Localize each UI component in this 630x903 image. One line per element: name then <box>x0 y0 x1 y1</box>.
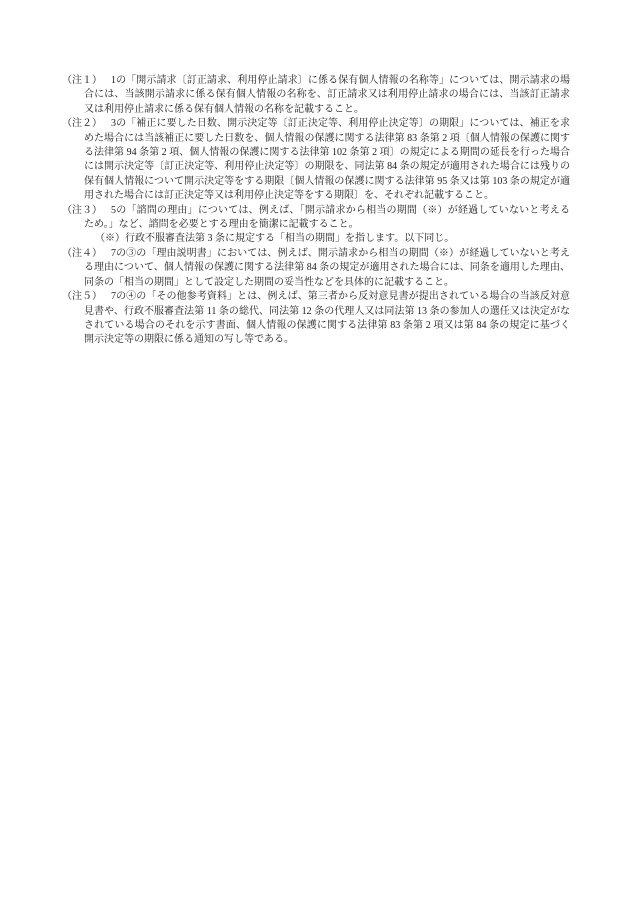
note-item-1: （注１）1の「開示請求〔訂正請求、利用停止請求〕に係る保有個人情報の名称等」につ… <box>62 74 570 117</box>
note-paragraph: （注３）5の「諮問の理由」については、例えば、「開示請求から相当の期間（※）が経… <box>62 204 570 233</box>
note-item-5: （注５）7の④の「その他参考資料」とは、例えば、第三者から反対意見書が提出されて… <box>62 290 570 348</box>
note-label: （注５） <box>62 290 111 304</box>
note-text: 1の「開示請求〔訂正請求、利用停止請求〕に係る保有個人情報の名称等」については、… <box>84 75 570 115</box>
note-item-3: （注３）5の「諮問の理由」については、例えば、「開示請求から相当の期間（※）が経… <box>62 204 570 247</box>
note-paragraph: （注２）3の「補正に要した日数、開示決定等〔訂正決定等、利用停止決定等〕の期限」… <box>62 117 570 203</box>
note-text: 7の③の「理由説明書」においては、例えば、開示請求から相当の期間（※）が経過して… <box>84 248 570 288</box>
note-label: （注２） <box>62 117 111 131</box>
note-paragraph: （注１）1の「開示請求〔訂正請求、利用停止請求〕に係る保有個人情報の名称等」につ… <box>62 74 570 117</box>
note-subnote: （※）行政不服審査法第 3 条に規定する「相当の期間」を指します。以下同じ。 <box>62 232 570 246</box>
note-paragraph: （注４）7の③の「理由説明書」においては、例えば、開示請求から相当の期間（※）が… <box>62 247 570 290</box>
note-label: （注３） <box>62 204 111 218</box>
note-text: 5の「諮問の理由」については、例えば、「開示請求から相当の期間（※）が経過してい… <box>84 205 570 230</box>
note-label: （注４） <box>62 247 111 261</box>
document-page: （注１）1の「開示請求〔訂正請求、利用停止請求〕に係る保有個人情報の名称等」につ… <box>0 0 630 903</box>
note-label: （注１） <box>62 74 111 88</box>
notes-section: （注１）1の「開示請求〔訂正請求、利用停止請求〕に係る保有個人情報の名称等」につ… <box>62 74 570 348</box>
note-text: 3の「補正に要した日数、開示決定等〔訂正決定等、利用停止決定等〕の期限」について… <box>84 118 570 201</box>
note-paragraph: （注５）7の④の「その他参考資料」とは、例えば、第三者から反対意見書が提出されて… <box>62 290 570 348</box>
note-item-4: （注４）7の③の「理由説明書」においては、例えば、開示請求から相当の期間（※）が… <box>62 247 570 290</box>
note-text: 7の④の「その他参考資料」とは、例えば、第三者から反対意見書が提出されている場合… <box>84 291 570 345</box>
note-item-2: （注２）3の「補正に要した日数、開示決定等〔訂正決定等、利用停止決定等〕の期限」… <box>62 117 570 203</box>
